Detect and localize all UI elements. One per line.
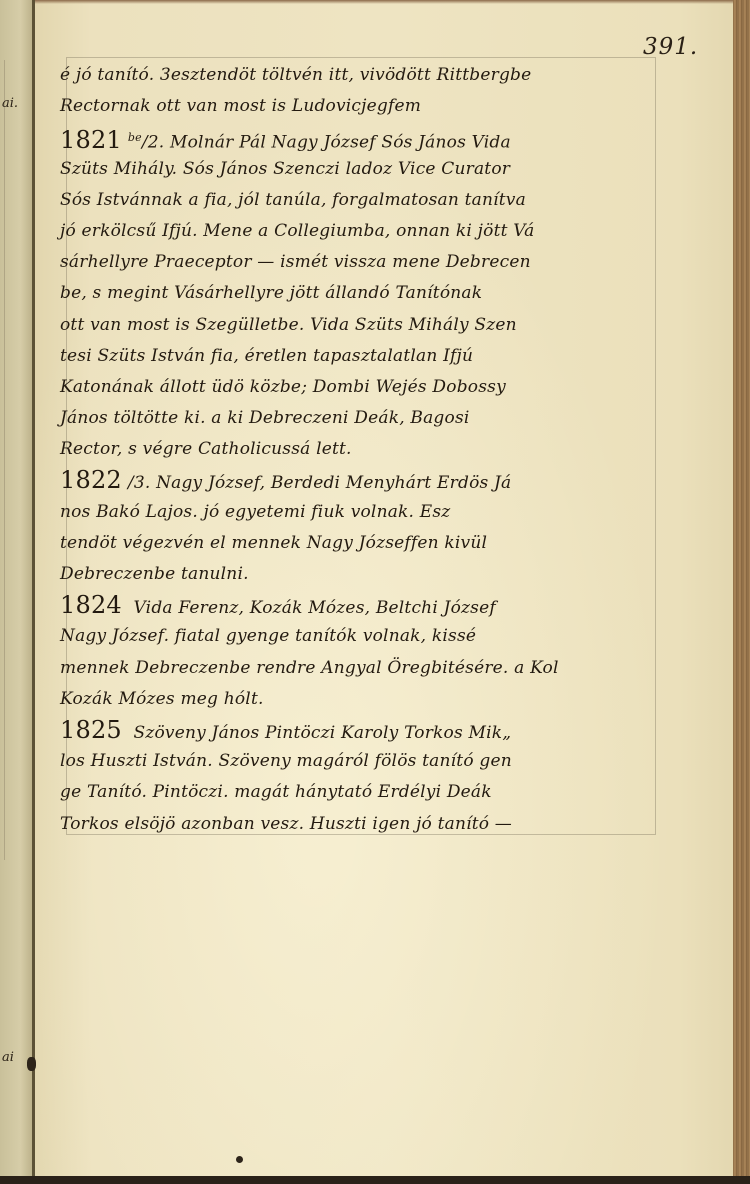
bottom-edge-shadow	[0, 1176, 750, 1184]
manuscript-line: Nagy József. fiatal gyenge tanítók volna…	[60, 621, 660, 652]
manuscript-line: mennek Debreczenbe rendre Angyal Öregbit…	[60, 653, 660, 684]
entry-year-superscript: be	[128, 131, 142, 144]
left-page-fragment: ai.	[2, 96, 18, 111]
entry-year: 1821	[60, 126, 122, 154]
left-page-edge: ai. ai	[0, 0, 34, 1176]
entry-year: 1825	[60, 716, 122, 744]
entry-year-suffix: /2.	[142, 133, 165, 153]
book-page-edges	[733, 0, 750, 1176]
manuscript-line: los Huszti István. Szöveny magáról fölös…	[60, 746, 660, 777]
manuscript-line: Kozák Mózes meg hólt.	[60, 684, 660, 715]
manuscript-line: be, s megint Vásárhellyre jött állandó T…	[60, 278, 660, 309]
manuscript-line: Rectornak ott van most is Ludovicjegfem	[60, 91, 660, 122]
manuscript-line: é jó tanító. 3esztendöt töltvén itt, viv…	[60, 60, 660, 91]
manuscript-entry-1822: 1822/3. Nagy József, Berdedi Menyhárt Er…	[60, 465, 660, 496]
manuscript-entry-1824: 1824 Vida Ferenz, Kozák Mózes, Beltchi J…	[60, 590, 660, 621]
manuscript-entry-1821: 1821be/2. Molnár Pál Nagy József Sós Ján…	[60, 122, 660, 153]
manuscript-line: Rector, s végre Catholicussá lett.	[60, 434, 660, 465]
ink-blot-mark	[27, 1057, 36, 1071]
top-edge-shadow	[35, 0, 735, 4]
entry-year: 1824	[60, 591, 122, 619]
manuscript-line: tesi Szüts István fia, éretlen tapasztal…	[60, 341, 660, 372]
left-page-fragment: ai	[2, 1050, 14, 1065]
manuscript-line: nos Bakó Lajos. jó egyetemi fiuk volnak.…	[60, 497, 660, 528]
entry-year: 1822	[60, 466, 122, 494]
entry-text: Vida Ferenz, Kozák Mózes, Beltchi József	[134, 598, 496, 618]
manuscript-line: Szüts Mihály. Sós János Szenczi ladoz Vi…	[60, 154, 660, 185]
manuscript-line: Katonának állott üdö közbe; Dombi Wejés …	[60, 372, 660, 403]
manuscript-line: Sós Istvánnak a fia, jól tanúla, forgalm…	[60, 185, 660, 216]
manuscript-line: sárhellyre Praeceptor — ismét vissza men…	[60, 247, 660, 278]
entry-text: Nagy József, Berdedi Menyhárt Erdös Já	[156, 473, 511, 493]
manuscript-line: János töltötte ki. a ki Debreczeni Deák,…	[60, 403, 660, 434]
manuscript-line: tendöt végezvén el mennek Nagy Józseffen…	[60, 528, 660, 559]
entry-text: Szöveny János Pintöczi Karoly Torkos Mik…	[134, 723, 512, 743]
manuscript-line: jó erkölcsű Ifjú. Menе a Collegiumba, on…	[60, 216, 660, 247]
left-page-frame-line	[4, 60, 7, 860]
manuscript-line: ge Tanító. Pintöczi. magát hánytató Erdé…	[60, 777, 660, 808]
manuscript-entry-1825: 1825 Szöveny János Pintöczi Karoly Torko…	[60, 715, 660, 746]
entry-year-suffix: /3.	[128, 473, 151, 493]
ink-blot-mark	[236, 1156, 243, 1163]
manuscript-text: é jó tanító. 3esztendöt töltvén itt, viv…	[60, 60, 660, 840]
manuscript-line: Torkos elsöjö azonban vesz. Huszti igen …	[60, 809, 660, 840]
manuscript-line: Debreczenbe tanulni.	[60, 559, 660, 590]
manuscript-line: ott van most is Szegülletbe. Vida Szüts …	[60, 310, 660, 341]
entry-text: Molnár Pál Nagy József Sós János Vida	[170, 133, 511, 153]
